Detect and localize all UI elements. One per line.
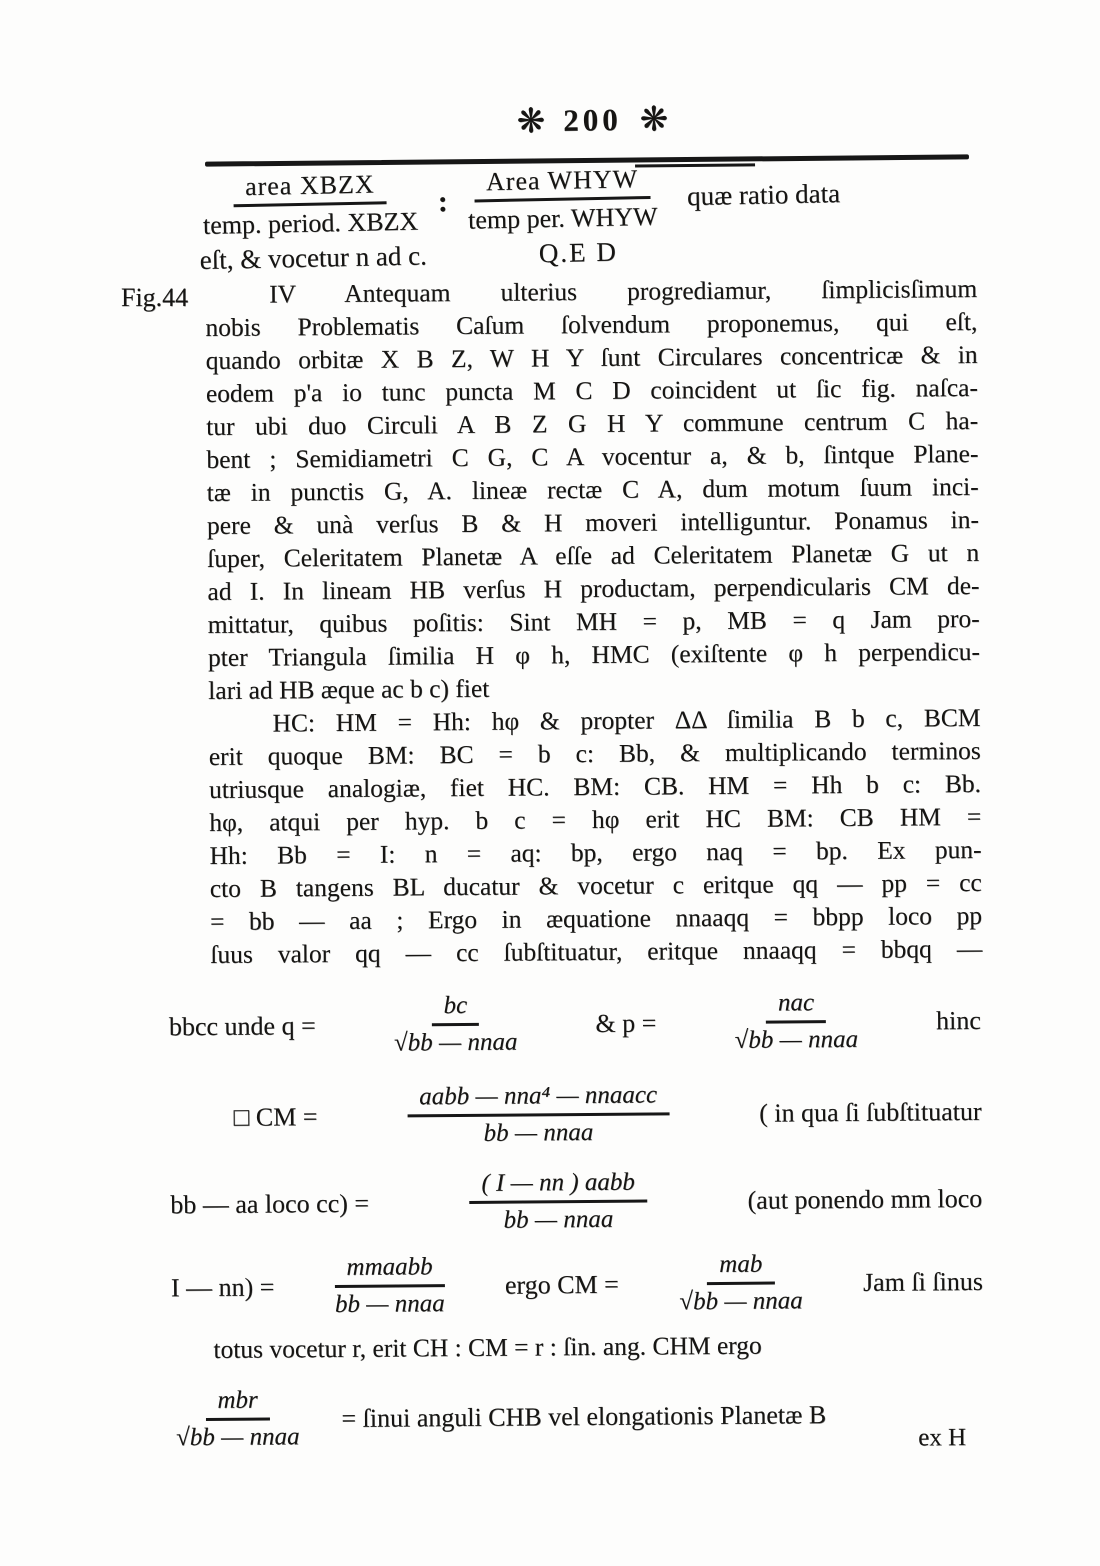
paragraph-1: IV Antequam ulterius progrediamur, ſimpl… (205, 272, 980, 707)
text-column: IV Antequam ulterius progrediamur, ſimpl… (205, 272, 986, 1468)
page-number: 200 (563, 102, 622, 139)
figure-margin-note: Fig.44 (121, 283, 188, 313)
fraction-denominator: bb — nnaa (479, 1116, 597, 1149)
equation-tail: ( in qua ſi ſubſtituatur (759, 1097, 982, 1129)
fraction-numerator: mbr (205, 1387, 270, 1421)
fraction-numerator: mmaabb (334, 1253, 444, 1288)
ratio-separator: : (437, 185, 448, 219)
ratio-equation-row: area XBZX temp. period. XBZX : Area WHYW… (198, 157, 989, 241)
fraction-area-whyw: Area WHYW temp per. WHYW (463, 164, 662, 236)
qed-label: Q.E D (538, 236, 618, 269)
equation-cm-squared: □ CM = aabb — nna⁴ — nnaacc bb — nnaa ( … (233, 1069, 982, 1161)
text-line: ſuus valor qq — cc ſubſtituatur, eritque… (210, 932, 982, 971)
fraction-denominator: temp per. WHYW (464, 199, 662, 236)
text-line: pter Triangula ſimilia H φ h, HMC (exiſt… (208, 635, 980, 674)
equation-cm-result: I — nn) = mmaabb bb — nnaa ergo CM = mab… (171, 1241, 984, 1329)
fraction-numerator: aabb — nna⁴ — nnaacc (407, 1082, 669, 1118)
fraction-mab: mab √bb — nnaa (675, 1251, 807, 1318)
equation-prefix: bbcc unde q = (169, 1011, 316, 1042)
equation-prefix: □ CM = (233, 1102, 317, 1133)
equation-prefix: I — nn) = (171, 1273, 275, 1304)
fraction-denominator: temp. period. XBZX (199, 203, 423, 240)
ratio-equation-block: area XBZX temp. period. XBZX : Area WHYW… (198, 157, 990, 276)
equation-tail: = ſinui anguli CHB vel elongationis Plan… (341, 1400, 826, 1434)
fraction-numerator: nac (766, 989, 826, 1023)
equation-prefix: bb — aa loco cc) = (170, 1189, 369, 1220)
conclusion-text: eſt, & vocetur n ad c. (199, 240, 427, 276)
ratio-tail-text: quæ ratio data (687, 179, 841, 213)
fraction-numerator: ( I — nn ) aabb (469, 1169, 647, 1204)
fraction-area-xbzx: area XBZX temp. period. XBZX (198, 169, 423, 241)
equation-substitution: bb — aa loco cc) = ( I — nn ) aabb bb — … (170, 1157, 983, 1247)
text-line: totus vocetur r, erit CH : CM = r : ſin.… (213, 1327, 985, 1366)
fraction-denominator: √bb — nnaa (390, 1026, 522, 1059)
equation-sine-elongation: mbr √bb — nnaa = ſinui anguli CHB vel el… (172, 1366, 985, 1468)
paragraph-2: HC: HM = Hh: hφ & propter ΔΔ ſimilia B b… (208, 701, 982, 971)
fraction-denominator: √bb — nnaa (675, 1284, 807, 1317)
rosette-right-icon: ❋ (640, 102, 669, 136)
fraction-denominator: √bb — nnaa (730, 1023, 862, 1056)
equation-tail: hinc (936, 1006, 981, 1036)
equation-q-and-p: bbcc unde q = bc √bb — nnaa & p = nac √b… (169, 979, 982, 1069)
fraction-substituted: ( I — nn ) aabb bb — nnaa (469, 1169, 647, 1236)
fraction-q: bc √bb — nnaa (390, 992, 522, 1059)
fraction-numerator: area XBZX (233, 169, 387, 207)
fraction-mmaabb: mmaabb bb — nnaa (331, 1253, 449, 1319)
fraction-denominator: bb — nnaa (331, 1287, 449, 1320)
equation-middle: & p = (595, 1009, 656, 1039)
fraction-numerator: Area WHYW (474, 164, 651, 202)
equation-middle: ergo CM = (505, 1270, 619, 1301)
equation-tail: (aut ponendo mm loco (747, 1184, 982, 1216)
fraction-numerator: bc (431, 992, 479, 1026)
fraction-cm: aabb — nna⁴ — nnaacc bb — nnaa (407, 1082, 669, 1150)
fraction-mbr: mbr √bb — nnaa (172, 1387, 304, 1454)
rosette-left-icon: ❋ (517, 104, 546, 138)
carryover-text: ex H (918, 1424, 966, 1453)
fraction-denominator: √bb — nnaa (172, 1420, 304, 1453)
fraction-denominator: bb — nnaa (499, 1203, 617, 1236)
fraction-numerator: mab (707, 1251, 774, 1285)
page-header: ❋ 200 ❋ (0, 95, 1100, 146)
fraction-p: nac √bb — nnaa (730, 989, 862, 1056)
equation-tail: Jam ſi ſinus (863, 1267, 983, 1298)
book-page: ❋ 200 ❋ area XBZX temp. period. XBZX : A… (0, 0, 1100, 1566)
